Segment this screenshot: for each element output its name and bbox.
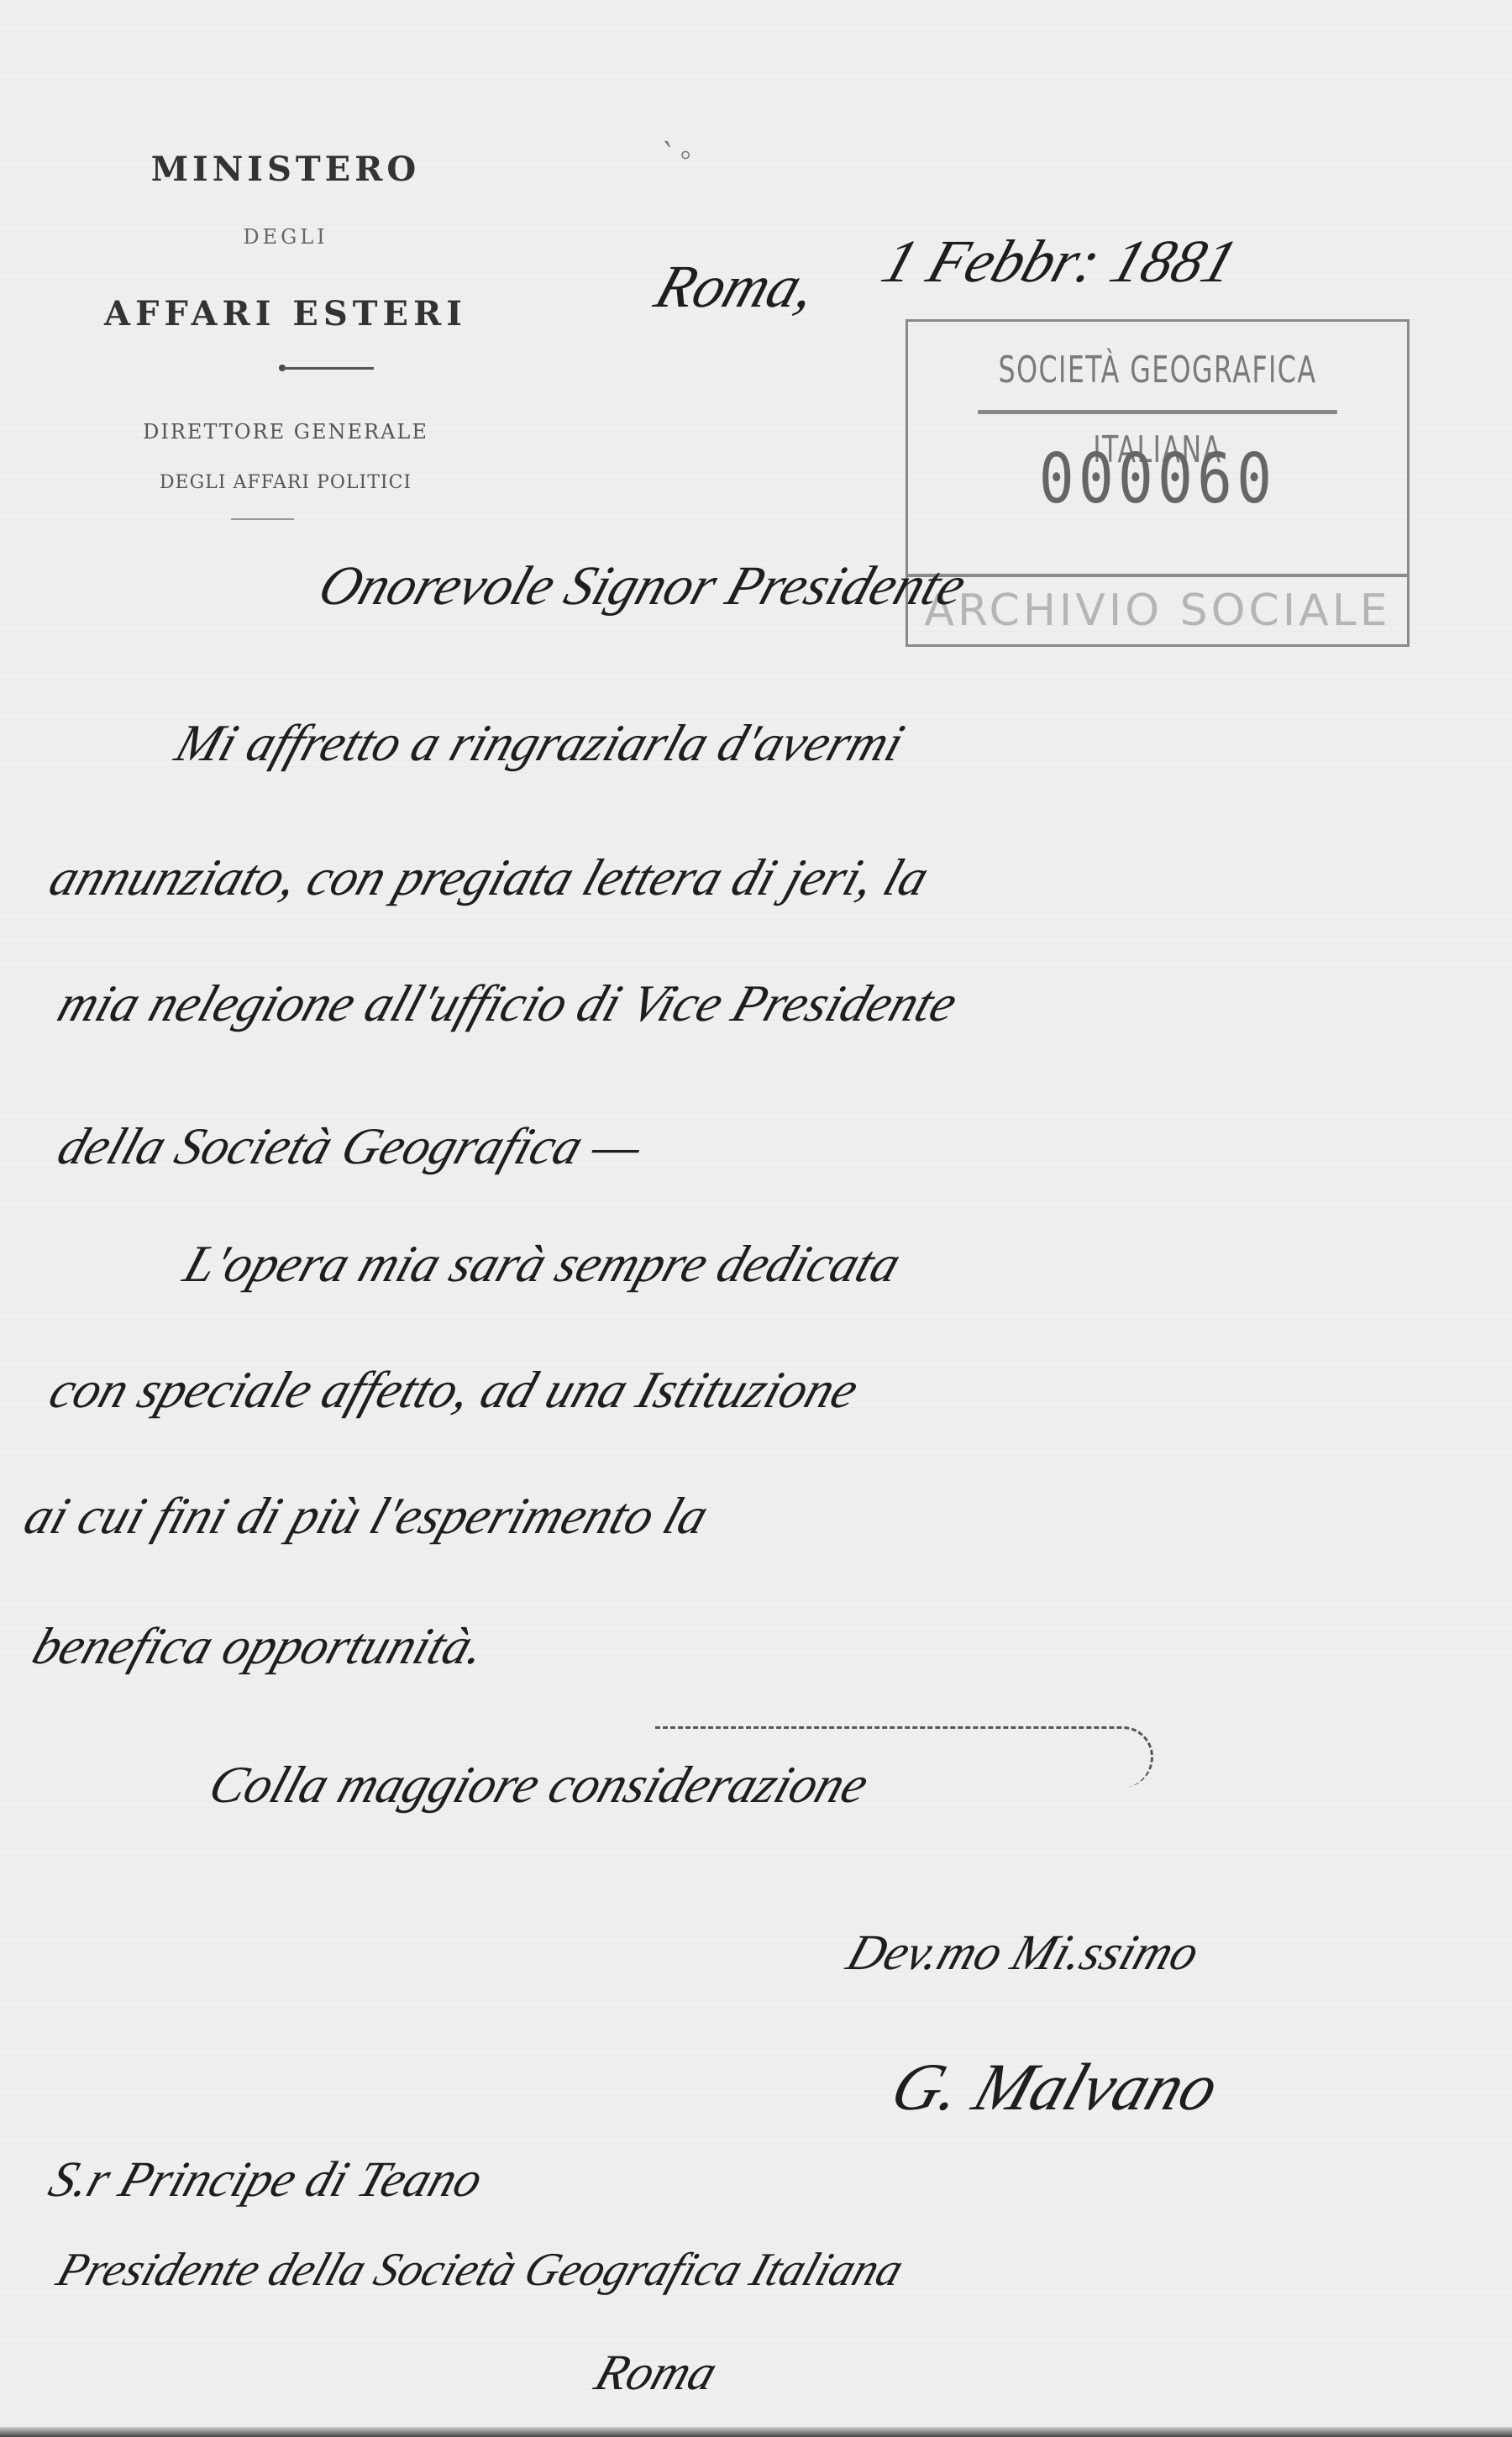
dateline-place: Roma, [647, 252, 826, 322]
body-line: con speciale affetto, ad una Istituzione [42, 1361, 865, 1421]
stamp-archive-label: ARCHIVIO SOCIALE [908, 574, 1407, 644]
letterhead-ministry: MINISTERO [84, 150, 487, 189]
pen-mark: ‵ ◦ [664, 134, 691, 174]
salutation: Onorevole Signor Presidente [311, 554, 974, 618]
body-line: Mi affretto a ringraziarla d'avermi [168, 714, 911, 774]
letterhead-foreign-affairs: AFFARI ESTERI [84, 294, 487, 334]
letterhead-degli: DEGLI [84, 225, 487, 249]
body-line: ai cui fini di più l'esperimento la [17, 1487, 716, 1547]
stamp-archive-number: 000060 [946, 439, 1370, 519]
letterhead-divider-small [231, 518, 294, 520]
letterhead-divider [281, 367, 374, 370]
signature: G. Malvano [882, 2050, 1228, 2126]
address-city: Roma [588, 2344, 724, 2402]
body-line: mia nelegione all'ufficio di Vice Presid… [50, 974, 964, 1034]
body-line: benefica opportunità. [25, 1617, 493, 1677]
body-line: annunziato, con pregiata lettera di jeri… [42, 848, 936, 908]
page-bottom-edge [0, 2427, 1512, 2437]
body-line: della Società Geografica — [50, 1117, 650, 1177]
body-line: L'opera mia sarà sempre dedicata [176, 1235, 908, 1295]
letterhead-political-affairs: DEGLI AFFARI POLITICI [84, 472, 487, 493]
closing: Dev.mo Mi.ssimo [840, 1924, 1206, 1982]
stamp-society-name: SOCIETÀ GEOGRAFICA ITALIANA [978, 330, 1337, 414]
letterhead-director-general: DIRETTORE GENERALE [84, 420, 487, 444]
address-recipient: S.r Principe di Teano [42, 2151, 491, 2209]
pen-flourish [655, 1726, 1153, 1788]
address-title: Presidente della Società Geografica Ital… [50, 2243, 910, 2297]
archive-stamp: SOCIETÀ GEOGRAFICA ITALIANA 000060 ARCHI… [906, 319, 1410, 647]
dateline-date: 1 Febbr: 1881 [874, 227, 1246, 297]
